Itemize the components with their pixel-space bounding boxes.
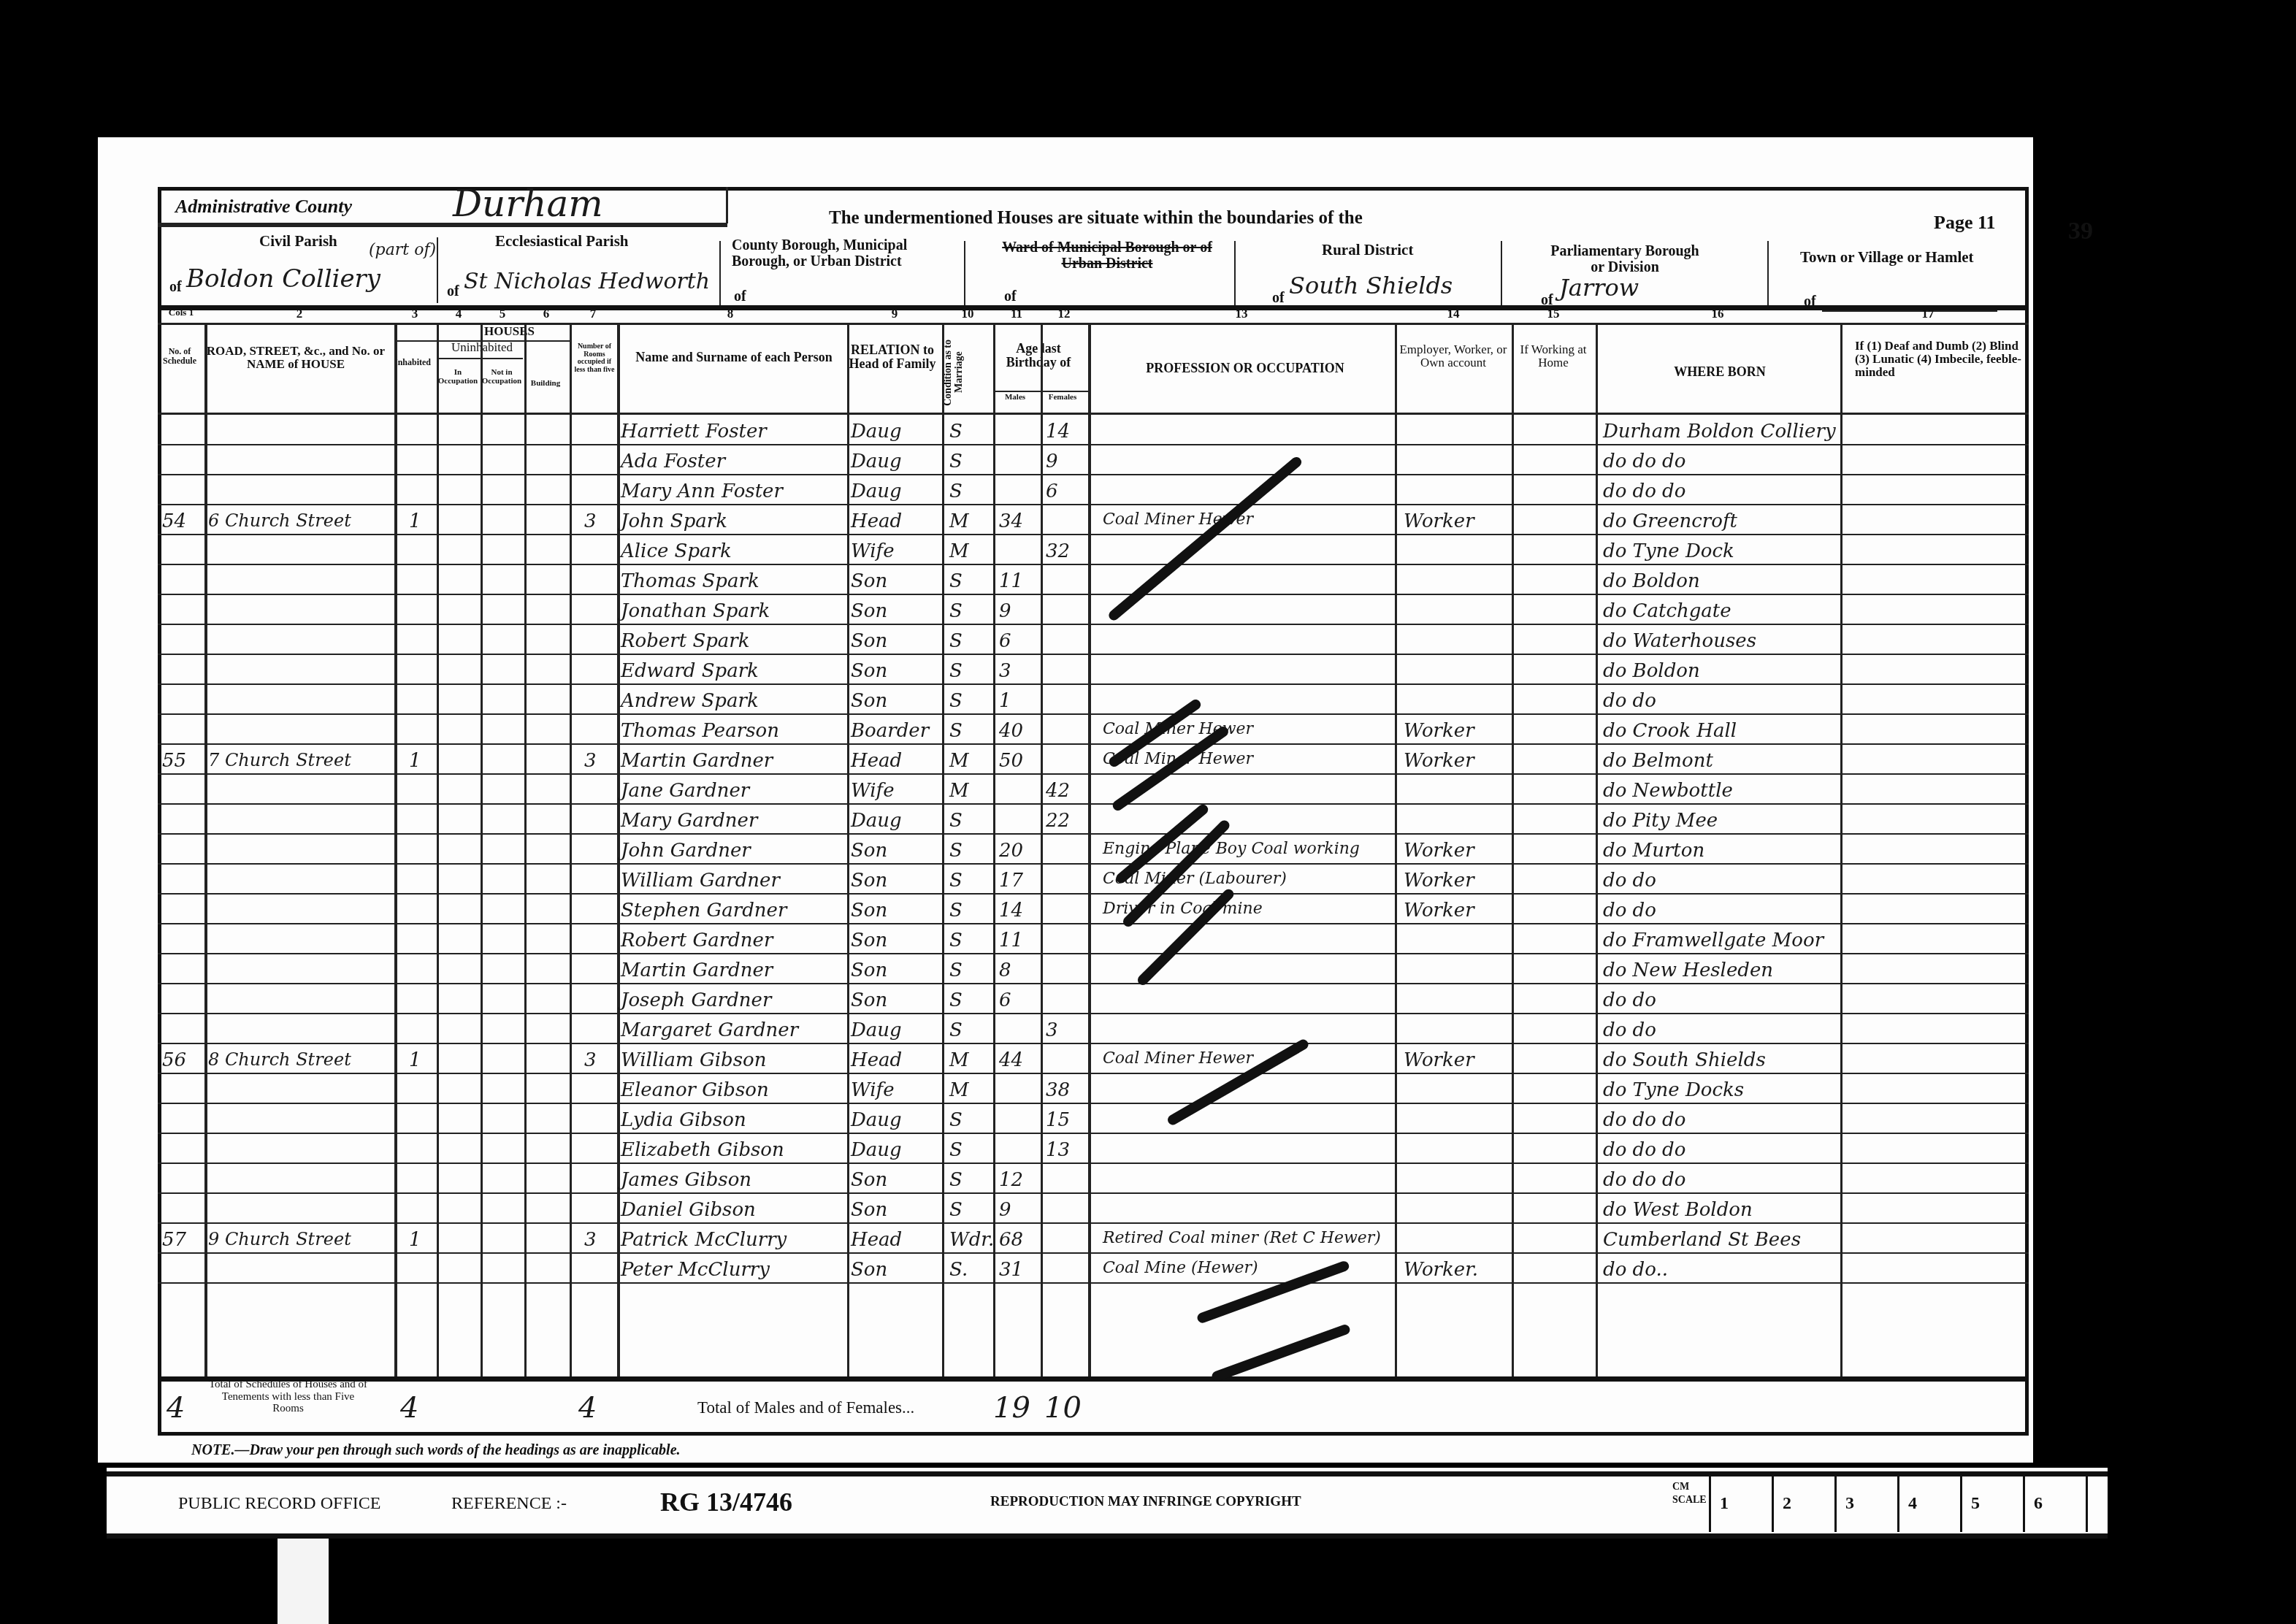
name: John Gardner xyxy=(621,840,751,862)
col-name-header: Name and Surname of each Person xyxy=(628,351,840,364)
condition: S xyxy=(949,660,963,682)
relation: Wife xyxy=(851,540,895,562)
total-inhabited: 4 xyxy=(400,1391,418,1425)
rural-district-label: Rural District xyxy=(1322,241,1413,259)
col-road-header: ROAD, STREET, &c., and No. or NAME of HO… xyxy=(204,345,387,371)
col-where-born-header: WHERE BORN xyxy=(1599,365,1840,379)
total-rooms: 4 xyxy=(578,1391,597,1425)
where-born: do do xyxy=(1603,1019,1656,1041)
town-label: Town or Village or Hamlet xyxy=(1800,248,1974,267)
where-born: Cumberland St Bees xyxy=(1603,1229,1801,1251)
name: Harriett Foster xyxy=(621,421,767,443)
eccl-parish-value: St Nicholas Hedworth xyxy=(464,269,710,294)
relation: Son xyxy=(851,840,887,862)
folio-stamp: 39 xyxy=(2068,218,2093,245)
eccl-parish-label: Ecclesiastical Parish xyxy=(495,232,629,250)
census-row: Jane GardnerWifeM42do Newbottle xyxy=(158,775,2029,805)
male-age: 50 xyxy=(999,750,1023,772)
relation: Daug xyxy=(851,1019,902,1041)
relation: Son xyxy=(851,1199,887,1221)
name: Robert Gardner xyxy=(621,930,773,951)
inhabited: 1 xyxy=(409,750,421,772)
cm-scale-label: CM SCALE xyxy=(1672,1481,1702,1507)
census-row: Martin GardnerSonS8do New Hesleden xyxy=(158,955,2029,985)
where-born: do Belmont xyxy=(1603,750,1713,772)
col-rooms-header: Number of Rooms occupied if less than fi… xyxy=(572,343,617,374)
scale-mark: 4 xyxy=(1899,1475,1962,1532)
census-row: Alice SparkWifeM32do Tyne Dock xyxy=(158,536,2029,566)
civil-parish-note: (part of) xyxy=(369,241,436,259)
male-age: 31 xyxy=(999,1259,1023,1281)
condition: S xyxy=(949,570,963,592)
col-occupation-header: PROFESSION OR OCCUPATION xyxy=(1095,361,1395,375)
male-age: 9 xyxy=(999,1199,1011,1221)
name: Thomas Spark xyxy=(621,570,759,592)
employer: Worker xyxy=(1404,720,1474,742)
where-born: do do do xyxy=(1603,451,1685,472)
county-borough-label: County Borough, Municipal Borough, or Ur… xyxy=(732,237,944,269)
schedule: 55 xyxy=(162,750,186,772)
column-number: 11 xyxy=(1002,307,1031,321)
male-age: 34 xyxy=(999,510,1023,532)
where-born: do do do xyxy=(1603,1169,1685,1191)
address: 7 Church Street xyxy=(208,750,351,770)
employer: Worker xyxy=(1404,900,1474,922)
col-infirmity-header: If (1) Deaf and Dumb (2) Blind (3) Lunat… xyxy=(1855,340,2023,379)
where-born: do Crook Hall xyxy=(1603,720,1737,742)
relation: Head xyxy=(851,1229,902,1251)
name: Martin Gardner xyxy=(621,960,773,981)
name: Mary Gardner xyxy=(621,810,757,832)
where-born: do do do xyxy=(1603,480,1685,502)
name: Joseph Gardner xyxy=(621,989,771,1011)
column-number: 12 xyxy=(1049,307,1079,321)
name: William Gardner xyxy=(621,870,780,892)
column-number: 10 xyxy=(953,307,982,321)
male-age: 11 xyxy=(999,930,1023,951)
schedule: 54 xyxy=(162,510,186,532)
where-born: do Boldon xyxy=(1603,570,1700,592)
male-age: 3 xyxy=(999,660,1011,682)
rural-district-value: South Shields xyxy=(1289,272,1453,299)
admin-county-label: Administrative County xyxy=(175,196,352,218)
female-age: 14 xyxy=(1046,421,1070,443)
relation: Son xyxy=(851,660,887,682)
male-age: 17 xyxy=(999,870,1023,892)
scale-mark: 5 xyxy=(1962,1475,2024,1532)
where-born: do Boldon xyxy=(1603,660,1700,682)
census-row: Robert SparkSonS6do Waterhouses xyxy=(158,626,2029,656)
condition: S xyxy=(949,1199,963,1221)
employer: Worker xyxy=(1404,750,1474,772)
name: William Gibson xyxy=(621,1049,766,1071)
employer: Worker xyxy=(1404,510,1474,532)
name: John Spark xyxy=(621,510,727,532)
relation: Head xyxy=(851,750,902,772)
female-age: 22 xyxy=(1046,810,1070,832)
relation: Head xyxy=(851,1049,902,1071)
where-born: do do.. xyxy=(1603,1259,1668,1281)
census-row: 557 Church Street13Martin GardnerHeadM50… xyxy=(158,746,2029,775)
condition: M xyxy=(949,1049,969,1071)
where-born: do New Hesleden xyxy=(1603,960,1773,981)
col-females-header: Females xyxy=(1041,394,1084,402)
total-females: 10 xyxy=(1044,1391,1082,1425)
relation: Son xyxy=(851,960,887,981)
name: Stephen Gardner xyxy=(621,900,787,922)
condition: S xyxy=(949,960,963,981)
census-row: John GardnerSonS20Engine Plane Boy Coal … xyxy=(158,835,2029,865)
column-number: 6 xyxy=(532,307,561,321)
census-row: Andrew SparkSonS1do do xyxy=(158,686,2029,716)
census-row: Elizabeth GibsonDaugS13do do do xyxy=(158,1135,2029,1165)
condition: M xyxy=(949,510,969,532)
relation: Head xyxy=(851,510,902,532)
employer: Worker xyxy=(1404,1049,1474,1071)
census-row: Margaret GardnerDaugS3do do xyxy=(158,1015,2029,1045)
condition: S xyxy=(949,1109,963,1131)
male-age: 9 xyxy=(999,600,1011,622)
where-born: do South Shields xyxy=(1603,1049,1766,1071)
condition: S xyxy=(949,989,963,1011)
total-males: 19 xyxy=(993,1391,1030,1425)
col-houses-header: HOUSES xyxy=(445,325,573,338)
where-born: do do do xyxy=(1603,1109,1685,1131)
male-age: 12 xyxy=(999,1169,1023,1191)
column-number: 7 xyxy=(578,307,608,321)
relation: Daug xyxy=(851,421,902,443)
condition: S xyxy=(949,421,963,443)
census-row: Thomas PearsonBoarderS40Coal Miner Hewer… xyxy=(158,716,2029,746)
civil-parish-label: Civil Parish xyxy=(259,232,337,250)
relation: Boarder xyxy=(851,720,929,742)
where-born: do West Boldon xyxy=(1603,1199,1753,1221)
relation: Daug xyxy=(851,1109,902,1131)
scale-mark: 6 xyxy=(2024,1475,2087,1532)
name: Jonathan Spark xyxy=(621,600,770,622)
relation: Daug xyxy=(851,810,902,832)
page-label: Page 11 xyxy=(1934,212,1996,234)
address: 8 Church Street xyxy=(208,1049,351,1070)
male-age: 44 xyxy=(999,1049,1023,1071)
relation: Son xyxy=(851,870,887,892)
census-row: Mary GardnerDaugS22do Pity Mee xyxy=(158,805,2029,835)
relation: Son xyxy=(851,690,887,712)
total-males-females-label: Total of Males and of Females... xyxy=(697,1398,914,1417)
col-condition-header: Condition as to Marriage xyxy=(944,336,965,409)
column-number: 15 xyxy=(1539,307,1568,321)
condition: S xyxy=(949,900,963,922)
name: Edward Spark xyxy=(621,660,759,682)
col-building-header: Building xyxy=(524,380,567,388)
col-employer-header: Employer, Worker, or Own account xyxy=(1398,343,1508,369)
where-born: do Framwellgate Moor xyxy=(1603,930,1824,951)
census-row: Lydia GibsonDaugS15do do do xyxy=(158,1105,2029,1135)
where-born: do Greencroft xyxy=(1603,510,1737,532)
rooms: 3 xyxy=(584,510,597,532)
inhabited: 1 xyxy=(409,1229,421,1251)
relation: Son xyxy=(851,900,887,922)
employer: Worker xyxy=(1404,870,1474,892)
col-males-header: Males xyxy=(993,394,1037,402)
relation: Daug xyxy=(851,1139,902,1161)
census-row: Edward SparkSonS3do Boldon xyxy=(158,656,2029,686)
name: Martin Gardner xyxy=(621,750,773,772)
condition: M xyxy=(949,780,969,802)
name: Jane Gardner xyxy=(621,780,749,802)
admin-county-value: Durham xyxy=(453,183,603,225)
condition: S xyxy=(949,1139,963,1161)
reference-value: RG 13/4746 xyxy=(660,1487,792,1517)
name: Robert Spark xyxy=(621,630,750,652)
col-inhabited-header: Inhabited xyxy=(394,358,431,367)
relation: Son xyxy=(851,630,887,652)
occupation: Coal Mine (Hewer) xyxy=(1103,1259,1258,1277)
schedule: 57 xyxy=(162,1229,186,1251)
occupation: Coal Miner Hewer xyxy=(1103,1049,1253,1068)
female-age: 38 xyxy=(1046,1079,1070,1101)
census-row: 579 Church Street13Patrick McClurryHeadW… xyxy=(158,1225,2029,1255)
where-born: do Catchgate xyxy=(1603,600,1731,622)
male-age: 6 xyxy=(999,989,1011,1011)
census-row: Ada FosterDaugS9do do do xyxy=(158,446,2029,476)
where-born: do Waterhouses xyxy=(1603,630,1756,652)
where-born: do do do xyxy=(1603,1139,1685,1161)
civil-parish-value: Boldon Colliery xyxy=(186,264,380,294)
male-age: 11 xyxy=(999,570,1023,592)
census-row: 546 Church Street13John SparkHeadM34Coal… xyxy=(158,506,2029,536)
parliamentary-label: Parliamentary Borough or Division xyxy=(1545,243,1705,275)
male-age: 68 xyxy=(999,1229,1023,1251)
male-age: 1 xyxy=(999,690,1011,712)
page-number: 11 xyxy=(1978,212,1996,233)
name: Ada Foster xyxy=(621,451,725,472)
condition: S xyxy=(949,451,963,472)
column-number: 14 xyxy=(1439,307,1468,321)
census-row: Harriett FosterDaugS14Durham Boldon Coll… xyxy=(158,416,2029,446)
inhabited: 1 xyxy=(409,1049,421,1071)
female-age: 42 xyxy=(1046,780,1070,802)
female-age: 15 xyxy=(1046,1109,1070,1131)
form-note: NOTE.—Draw your pen through such words o… xyxy=(191,1442,681,1459)
col-not-in-occupation-header: Not in Occupation xyxy=(481,369,523,386)
ward-label: Ward of Municipal Borough or of Urban Di… xyxy=(998,240,1217,272)
column-number: 5 xyxy=(488,307,517,321)
condition: S xyxy=(949,720,963,742)
name: Elizabeth Gibson xyxy=(621,1139,784,1161)
record-office: PUBLIC RECORD OFFICE xyxy=(178,1494,380,1514)
inhabited: 1 xyxy=(409,510,421,532)
census-row: Peter McClurrySonS.31Coal Mine (Hewer)Wo… xyxy=(158,1255,2029,1284)
condition: S xyxy=(949,840,963,862)
male-age: 20 xyxy=(999,840,1023,862)
name: Thomas Pearson xyxy=(621,720,779,742)
census-row: Jonathan SparkSonS9do Catchgate xyxy=(158,596,2029,626)
where-born: do Tyne Docks xyxy=(1603,1079,1744,1101)
male-age: 8 xyxy=(999,960,1011,981)
scale-mark: 1 xyxy=(1710,1475,1773,1532)
census-row: Eleanor GibsonWifeM38do Tyne Docks xyxy=(158,1075,2029,1105)
column-number: 2 xyxy=(285,307,314,321)
col-in-occupation-header: In Occupation xyxy=(437,369,479,386)
census-row: William GardnerSonS17Coal Miner (Laboure… xyxy=(158,865,2029,895)
female-age: 32 xyxy=(1046,540,1070,562)
relation: Wife xyxy=(851,780,895,802)
column-number: 4 xyxy=(444,307,473,321)
column-number: Cols 1 xyxy=(159,307,203,318)
column-number: 8 xyxy=(716,307,745,321)
name: Margaret Gardner xyxy=(621,1019,798,1041)
condition: M xyxy=(949,750,969,772)
occupation: Retired Coal miner (Ret C Hewer) xyxy=(1103,1229,1381,1247)
census-row: Thomas SparkSonS11do Boldon xyxy=(158,566,2029,596)
female-age: 3 xyxy=(1046,1019,1058,1041)
where-born: do do xyxy=(1603,690,1656,712)
rooms: 3 xyxy=(584,750,597,772)
female-age: 6 xyxy=(1046,480,1058,502)
census-row: James GibsonSonS12do do do xyxy=(158,1165,2029,1195)
relation: Son xyxy=(851,930,887,951)
parliamentary-value: Jarrow xyxy=(1559,274,1639,302)
male-age: 6 xyxy=(999,630,1011,652)
copyright-notice: REPRODUCTION MAY INFRINGE COPYRIGHT xyxy=(990,1494,1301,1510)
column-number: 13 xyxy=(1227,307,1256,321)
address: 9 Church Street xyxy=(208,1229,351,1249)
column-number: 9 xyxy=(880,307,909,321)
condition: S xyxy=(949,870,963,892)
condition: S xyxy=(949,810,963,832)
rooms: 3 xyxy=(584,1229,597,1251)
condition: S. xyxy=(949,1259,968,1281)
where-born: do Pity Mee xyxy=(1603,810,1718,832)
employer: Worker. xyxy=(1404,1259,1478,1281)
col-at-home-header: If Working at Home xyxy=(1513,343,1593,369)
scale-mark: 3 xyxy=(1836,1475,1899,1532)
name: Lydia Gibson xyxy=(621,1109,746,1131)
condition: S xyxy=(949,600,963,622)
name: Alice Spark xyxy=(621,540,732,562)
column-number: 16 xyxy=(1703,307,1732,321)
paper-tab xyxy=(278,1533,329,1624)
relation: Son xyxy=(851,600,887,622)
male-age: 40 xyxy=(999,720,1023,742)
census-row: Daniel GibsonSonS9do West Boldon xyxy=(158,1195,2029,1225)
where-born: do Murton xyxy=(1603,840,1704,862)
relation: Son xyxy=(851,570,887,592)
reference-label: REFERENCE :- xyxy=(451,1494,567,1514)
relation: Daug xyxy=(851,451,902,472)
condition: M xyxy=(949,1079,969,1101)
where-born: do Tyne Dock xyxy=(1603,540,1734,562)
col-age-header: Age last Birthday of xyxy=(995,342,1082,369)
where-born: do do xyxy=(1603,870,1656,892)
relation: Son xyxy=(851,1169,887,1191)
name: Eleanor Gibson xyxy=(621,1079,769,1101)
condition: S xyxy=(949,690,963,712)
schedule: 56 xyxy=(162,1049,186,1071)
census-row: Stephen GardnerSonS14Driver in Coal mine… xyxy=(158,895,2029,925)
rooms: 3 xyxy=(584,1049,597,1071)
scale-mark: 2 xyxy=(1773,1475,1836,1532)
condition: S xyxy=(949,1169,963,1191)
col-relation-header: RELATION to Head of Family xyxy=(849,343,936,371)
census-row: Robert GardnerSonS11do Framwellgate Moor xyxy=(158,925,2029,955)
condition: S xyxy=(949,930,963,951)
female-age: 13 xyxy=(1046,1139,1070,1161)
boundaries-text: The undermentioned Houses are situate wi… xyxy=(829,208,1363,229)
name: James Gibson xyxy=(621,1169,751,1191)
census-row: Mary Ann FosterDaugS6do do do xyxy=(158,476,2029,506)
col-schedule-header: No. of Schedule xyxy=(159,347,200,365)
name: Andrew Spark xyxy=(621,690,759,712)
where-born: do Newbottle xyxy=(1603,780,1733,802)
census-row: Joseph GardnerSonS6do do xyxy=(158,985,2029,1015)
census-row: 568 Church Street13William GibsonHeadM44… xyxy=(158,1045,2029,1075)
cm-scale: 123456 xyxy=(1709,1475,2185,1532)
condition: S xyxy=(949,1019,963,1041)
relation: Wife xyxy=(851,1079,895,1101)
employer: Worker xyxy=(1404,840,1474,862)
relation: Son xyxy=(851,989,887,1011)
relation: Daug xyxy=(851,480,902,502)
condition: S xyxy=(949,480,963,502)
column-number: 3 xyxy=(400,307,429,321)
condition: S xyxy=(949,630,963,652)
name: Peter McClurry xyxy=(621,1259,770,1281)
address: 6 Church Street xyxy=(208,510,351,531)
condition: Wdr. xyxy=(949,1229,994,1251)
name: Daniel Gibson xyxy=(621,1199,756,1221)
total-schedules: 4 xyxy=(167,1391,185,1425)
name: Mary Ann Foster xyxy=(621,480,783,502)
male-age: 14 xyxy=(999,900,1023,922)
where-born: do do xyxy=(1603,900,1656,922)
column-number: 17 xyxy=(1913,307,1943,321)
relation: Son xyxy=(851,1259,887,1281)
where-born: Durham Boldon Colliery xyxy=(1603,421,1836,443)
name: Patrick McClurry xyxy=(621,1229,787,1251)
totals-label: Total of Schedules of Houses and of Tene… xyxy=(206,1379,370,1415)
condition: M xyxy=(949,540,969,562)
female-age: 9 xyxy=(1046,451,1058,472)
where-born: do do xyxy=(1603,989,1656,1011)
